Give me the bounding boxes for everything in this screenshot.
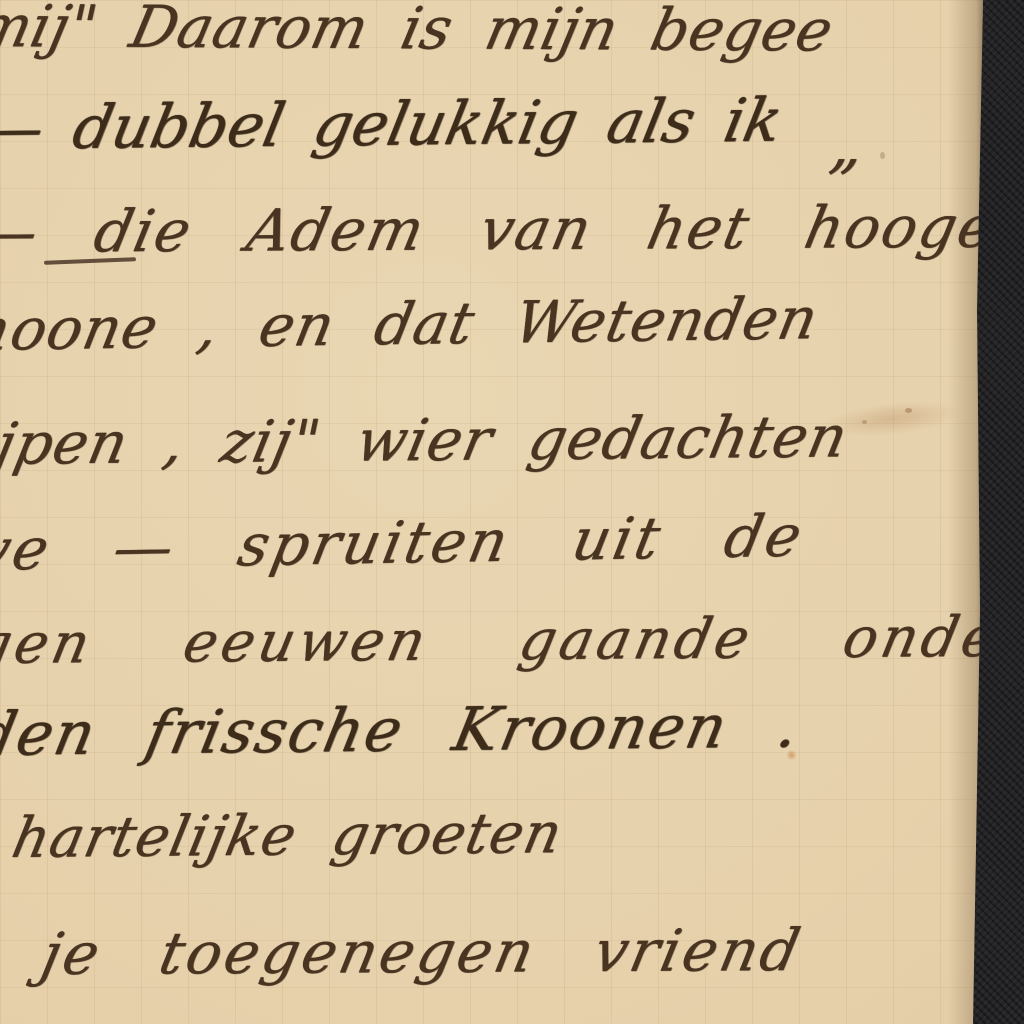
handwriting-line-6: ve — spruiten uit de [0,502,810,584]
handwriting-line-4: hoone , en dat Wetenden [0,284,824,364]
paper-speck [862,420,867,424]
handwriting-line-3: — die Adem van het hooge [0,193,1002,266]
letter-page: mij" Daarom is mijn begee „ — dubbel gel… [0,0,1024,1024]
handwriting-line-7: gen eeuwen gaande onder [0,605,1024,677]
handwriting-line-9: hartelijke groeten [7,801,568,871]
handwriting-line-8: den frissche Kroonen . [0,691,807,770]
handwriting-line-5: ijpen , zij" wier gedachten [0,402,854,478]
letter-photograph: mij" Daarom is mijn begee „ — dubbel gel… [0,0,1024,1024]
handwriting-line-1: mij" Daarom is mijn begee [0,0,839,64]
handwriting-line-2: — dubbel gelukkig als ik [0,86,788,164]
quotation-mark: „ [826,108,868,181]
paper-fleck [880,152,885,159]
handwriting-line-10: je toegenegen vriend [36,916,808,988]
paper-speck [905,408,912,413]
